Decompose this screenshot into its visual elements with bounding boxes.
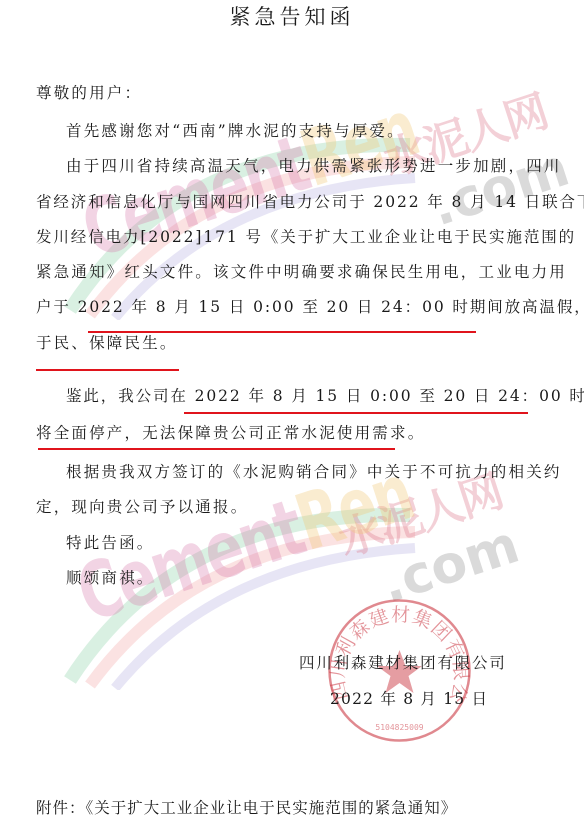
- paragraph-shutdown-line-2: 将全面停产，无法保障贵公司正常水泥使用需求。: [36, 423, 425, 443]
- paragraph-reason-line-4: 紧急通知》红头文件。该文件中明确要求确保民生用电，工业电力用: [36, 262, 567, 282]
- watermark-swoosh-icon: [60, 120, 420, 320]
- closing-notice: 特此告函。: [66, 533, 155, 553]
- paragraph-shutdown-line-1: 鉴此，我公司在 2022 年 8 月 15 日 0:00 至 20 日 24：0…: [66, 386, 584, 406]
- paragraph-reason-line-3: 发川经信电力[2022]171 号《关于扩大工业企业让电于民实施范围的: [36, 227, 576, 247]
- watermark-brand-text: CementRen: [72, 84, 428, 276]
- letter-page: 水泥人网 .com CementRen 水泥人网 .com CementRen …: [0, 0, 584, 829]
- signature-company: 四川利森建材集团有限公司: [299, 653, 507, 673]
- paragraph-reason-line-1: 由于四川省持续高温天气，电力供需紧张形势进一步加剧，四川: [66, 156, 562, 176]
- paragraph-reason-line-6: 于民、保障民生。: [36, 333, 178, 353]
- highlight-underline: [184, 412, 528, 414]
- attachment-note: 附件：《关于扩大工业企业让电于民实施范围的紧急通知》: [36, 798, 457, 818]
- watermark-com-text: .com: [424, 138, 576, 238]
- paragraph-contract-line-1: 根据贵我双方签订的《水泥购销合同》中关于不可抗力的相关约: [66, 462, 562, 482]
- signature-date: 2022 年 8 月 15 日: [330, 689, 488, 709]
- paragraph-reason-line-2: 省经济和信息化厅与国网四川省电力公司于 2022 年 8 月 14 日联合下: [36, 192, 584, 212]
- svg-text:5104825009: 5104825009: [375, 723, 423, 732]
- document-title: 紧急告知函: [0, 1, 584, 31]
- salutation: 尊敬的用户：: [36, 83, 142, 103]
- paragraph-contract-line-2: 定，现向贵公司予以通报。: [36, 497, 248, 517]
- paragraph-reason-line-5: 户于 2022 年 8 月 15 日 0:00 至 20 日 24：00 时期间…: [36, 297, 584, 317]
- highlight-underline: [36, 369, 179, 371]
- closing-regards: 顺颂商祺。: [66, 568, 155, 588]
- highlight-underline: [38, 448, 395, 450]
- paragraph-thanks: 首先感谢您对“西南”牌水泥的支持与厚爱。: [66, 121, 405, 141]
